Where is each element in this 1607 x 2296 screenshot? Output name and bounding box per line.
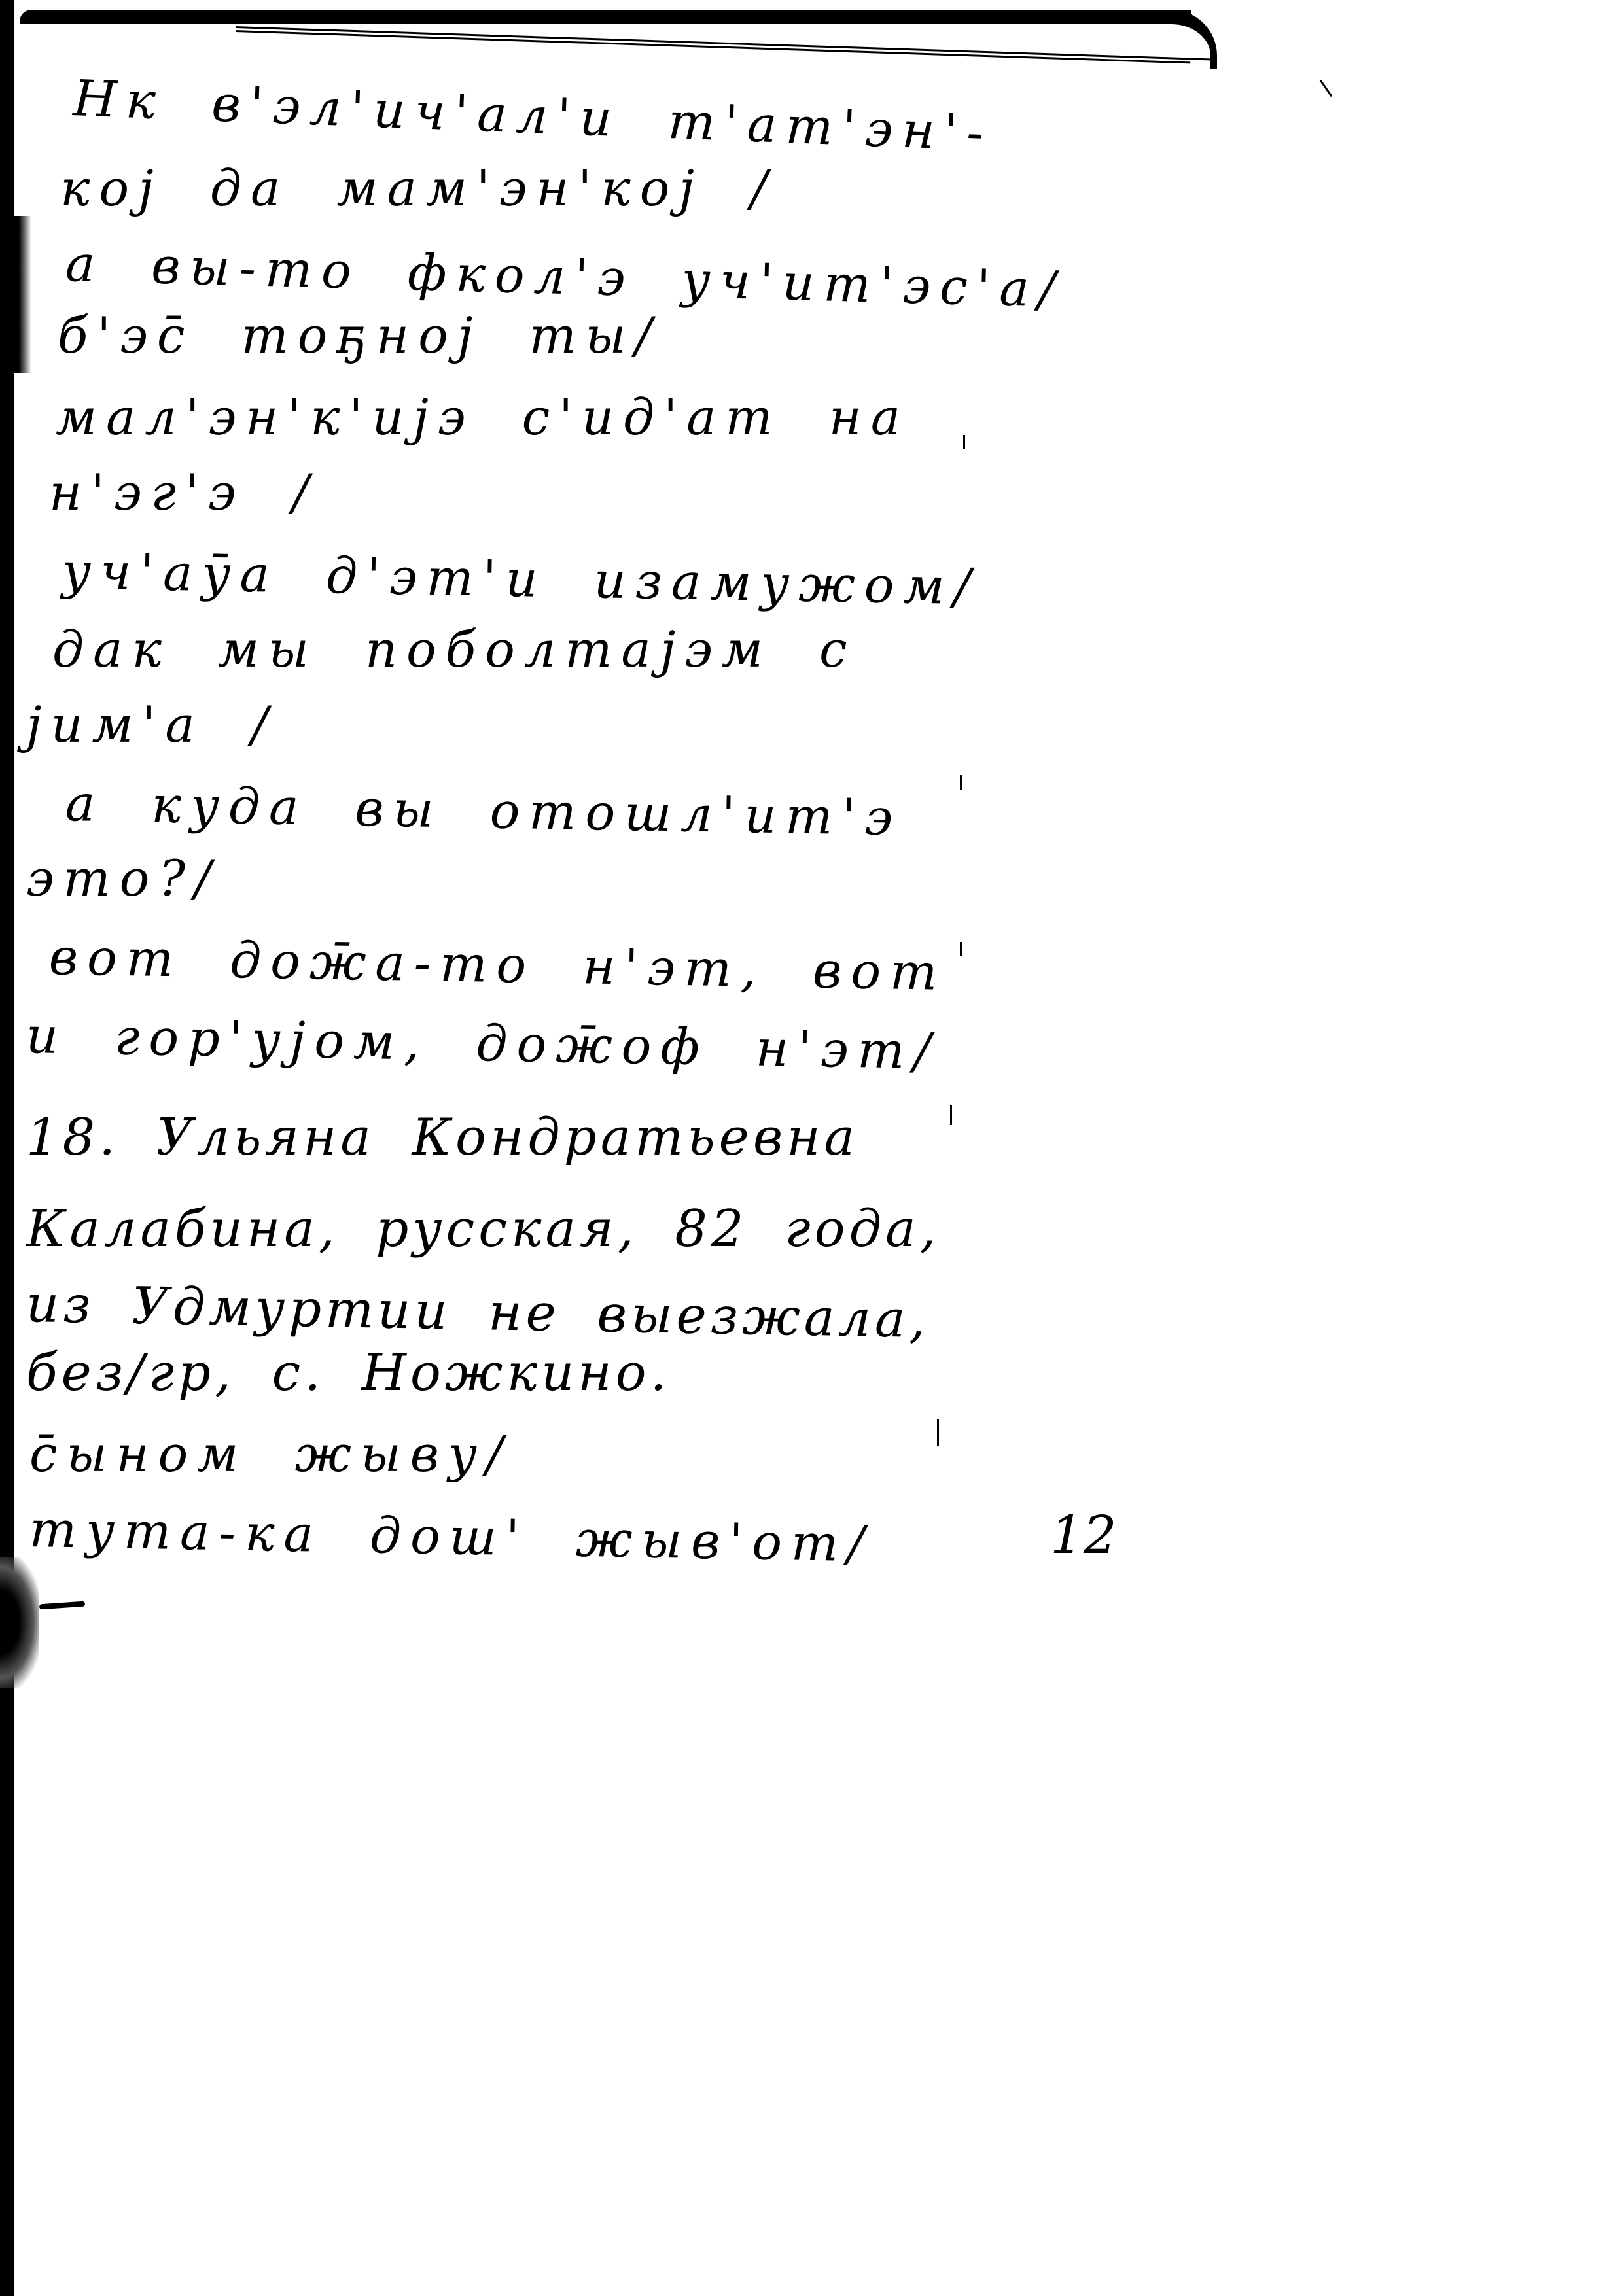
scan-top-rule bbox=[236, 30, 1190, 63]
transcript-line: н'эг'э / bbox=[49, 468, 318, 517]
transcript-line: вот дож̄а-то н'эт, вот bbox=[48, 932, 947, 998]
scanned-page: Нк в'эл'ич'ал'и т'ат'эн'- кој да мам'эн'… bbox=[0, 0, 1607, 2296]
page-number: 12 bbox=[1050, 1505, 1117, 1565]
scan-top-rule bbox=[236, 26, 1216, 61]
transcript-line: и гор'ујом, дож̄оф н'эт/ bbox=[26, 1011, 940, 1076]
transcript-line: а вы-то фкол'э уч'ит'эс'а/ bbox=[65, 239, 1065, 315]
informant-name-line: 18. Ульяна Кондратьевна bbox=[26, 1112, 858, 1163]
scan-stray-mark bbox=[960, 775, 962, 790]
transcript-line: это?/ bbox=[26, 854, 221, 903]
scan-top-edge bbox=[20, 10, 1191, 24]
transcript-line: уч'аӯа д'эт'и изамужом/ bbox=[62, 546, 980, 612]
transcript-line: Нк в'эл'ич'ал'и т'ат'эн'- bbox=[73, 73, 994, 158]
scan-stray-mark bbox=[937, 1419, 939, 1446]
informant-residence-line: из Удмуртии не выезжала, bbox=[26, 1279, 930, 1346]
transcript-line: јим'а / bbox=[26, 700, 277, 750]
scan-smudge bbox=[39, 1601, 85, 1610]
scan-stray-mark bbox=[1320, 80, 1333, 97]
transcript-line: дак мы поболтајэм с bbox=[52, 625, 856, 674]
transcript-line: тута-ка дош' жыв'от/ bbox=[29, 1505, 874, 1569]
scan-stray-mark bbox=[950, 1105, 952, 1125]
informant-village-line: без/гр, с. Ножкино. bbox=[26, 1348, 670, 1399]
scan-smudge bbox=[0, 1557, 39, 1688]
scan-binding-notch bbox=[0, 216, 31, 373]
transcript-line: а куда вы отошл'ит'э bbox=[65, 778, 902, 843]
scan-stray-mark bbox=[960, 942, 962, 956]
informant-details-line: Калабина, русская, 82 года, bbox=[26, 1204, 940, 1255]
scan-stray-mark bbox=[963, 435, 965, 449]
transcript-line: мал'эн'к'ијэ с'ид'ат на bbox=[56, 392, 909, 442]
scan-binding-notch bbox=[0, 1014, 9, 1086]
transcript-line: с̄ыном жыву/ bbox=[29, 1429, 512, 1479]
transcript-line: б'эс̄ тоҕној ты/ bbox=[58, 311, 661, 360]
transcript-line: кој да мам'эн'кој / bbox=[60, 164, 777, 213]
